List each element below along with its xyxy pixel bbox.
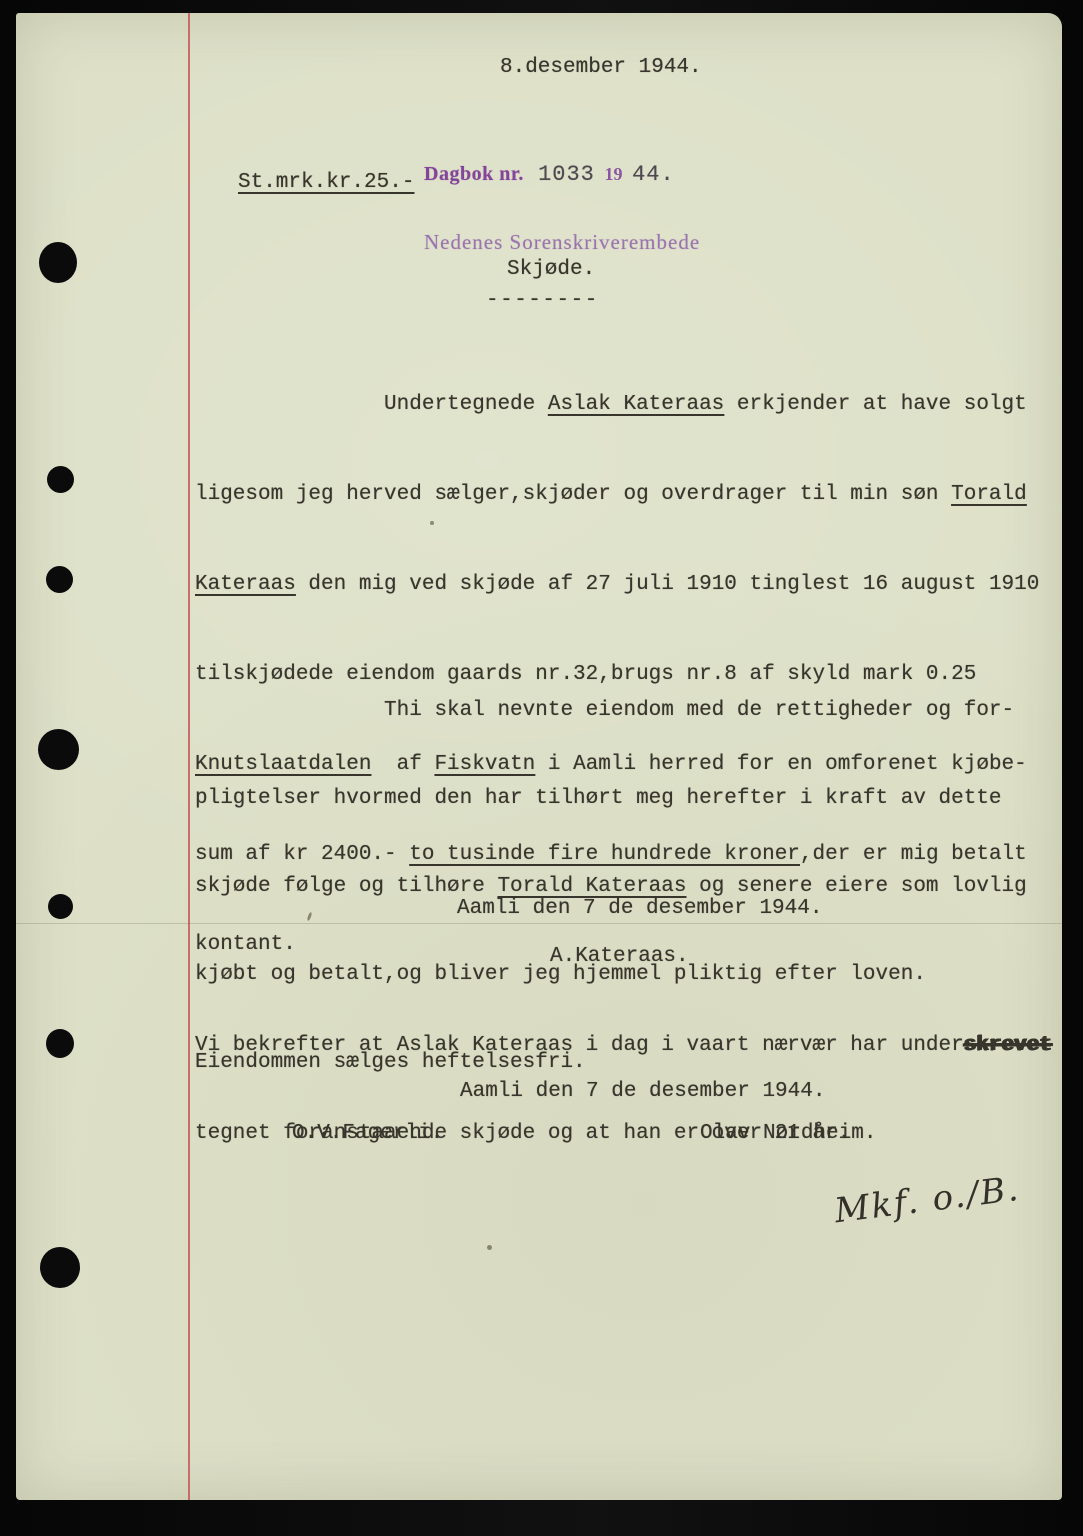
stamp-duty-note: St.mrk.kr.25.- [238, 171, 414, 194]
witness-statement-line: Vi bekrefter at Aslak Kateraas i dag i v… [195, 1025, 1052, 1067]
deed-body-line: ligesom jeg herved sælger,skjøder og ove… [195, 473, 1039, 517]
punch-hole [38, 729, 79, 770]
place-date-line-2: Aamli den 7 de desember 1944. [460, 1080, 825, 1103]
document-title: Skjøde. [507, 258, 595, 281]
scanner-background: 8.desember 1944. Dagbok nr. 1033 19 44. … [0, 0, 1083, 1536]
document-page: 8.desember 1944. Dagbok nr. 1033 19 44. … [16, 13, 1062, 1500]
punch-hole [48, 894, 73, 919]
stamp-label: Dagbok nr. [424, 163, 524, 185]
stamp-journal-number: 1033 [524, 162, 595, 187]
stamp-journal-line: Dagbok nr. 1033 19 44. [424, 161, 700, 189]
deed-body-line: Undertegnede Aslak Kateraas erkjender at… [195, 383, 1039, 427]
deed-body-line: Thi skal nevnte eiendom med de rettighed… [195, 690, 1027, 732]
deed-body-line: Kateraas den mig ved skjøde af 27 juli 1… [195, 563, 1039, 607]
stamp-office-name: Nedenes Sorenskriverembede [424, 228, 700, 256]
document-date: 8.desember 1944. [500, 56, 702, 79]
seller-signature: A.Kateraas. [550, 945, 689, 968]
margin-line [188, 13, 190, 1500]
title-underline-dashes: -------- [486, 289, 599, 312]
punch-hole [47, 466, 74, 493]
punch-hole [40, 1247, 80, 1288]
deed-body-line: pligtelser hvormed den har tilhørt meg h… [195, 778, 1027, 820]
witness-signature-left: O.V.Fagerli. [292, 1122, 443, 1145]
stamp-year: 44. [632, 162, 675, 187]
paper-speck [487, 1245, 492, 1250]
punch-hole [46, 1029, 74, 1058]
punch-hole [39, 242, 77, 283]
stamp-year-prefix: 19 [604, 164, 622, 184]
witness-signature-right: Olav Nordheim. [700, 1122, 876, 1145]
punch-hole [46, 566, 73, 593]
place-date-line-1: Aamli den 7 de desember 1944. [457, 897, 822, 920]
